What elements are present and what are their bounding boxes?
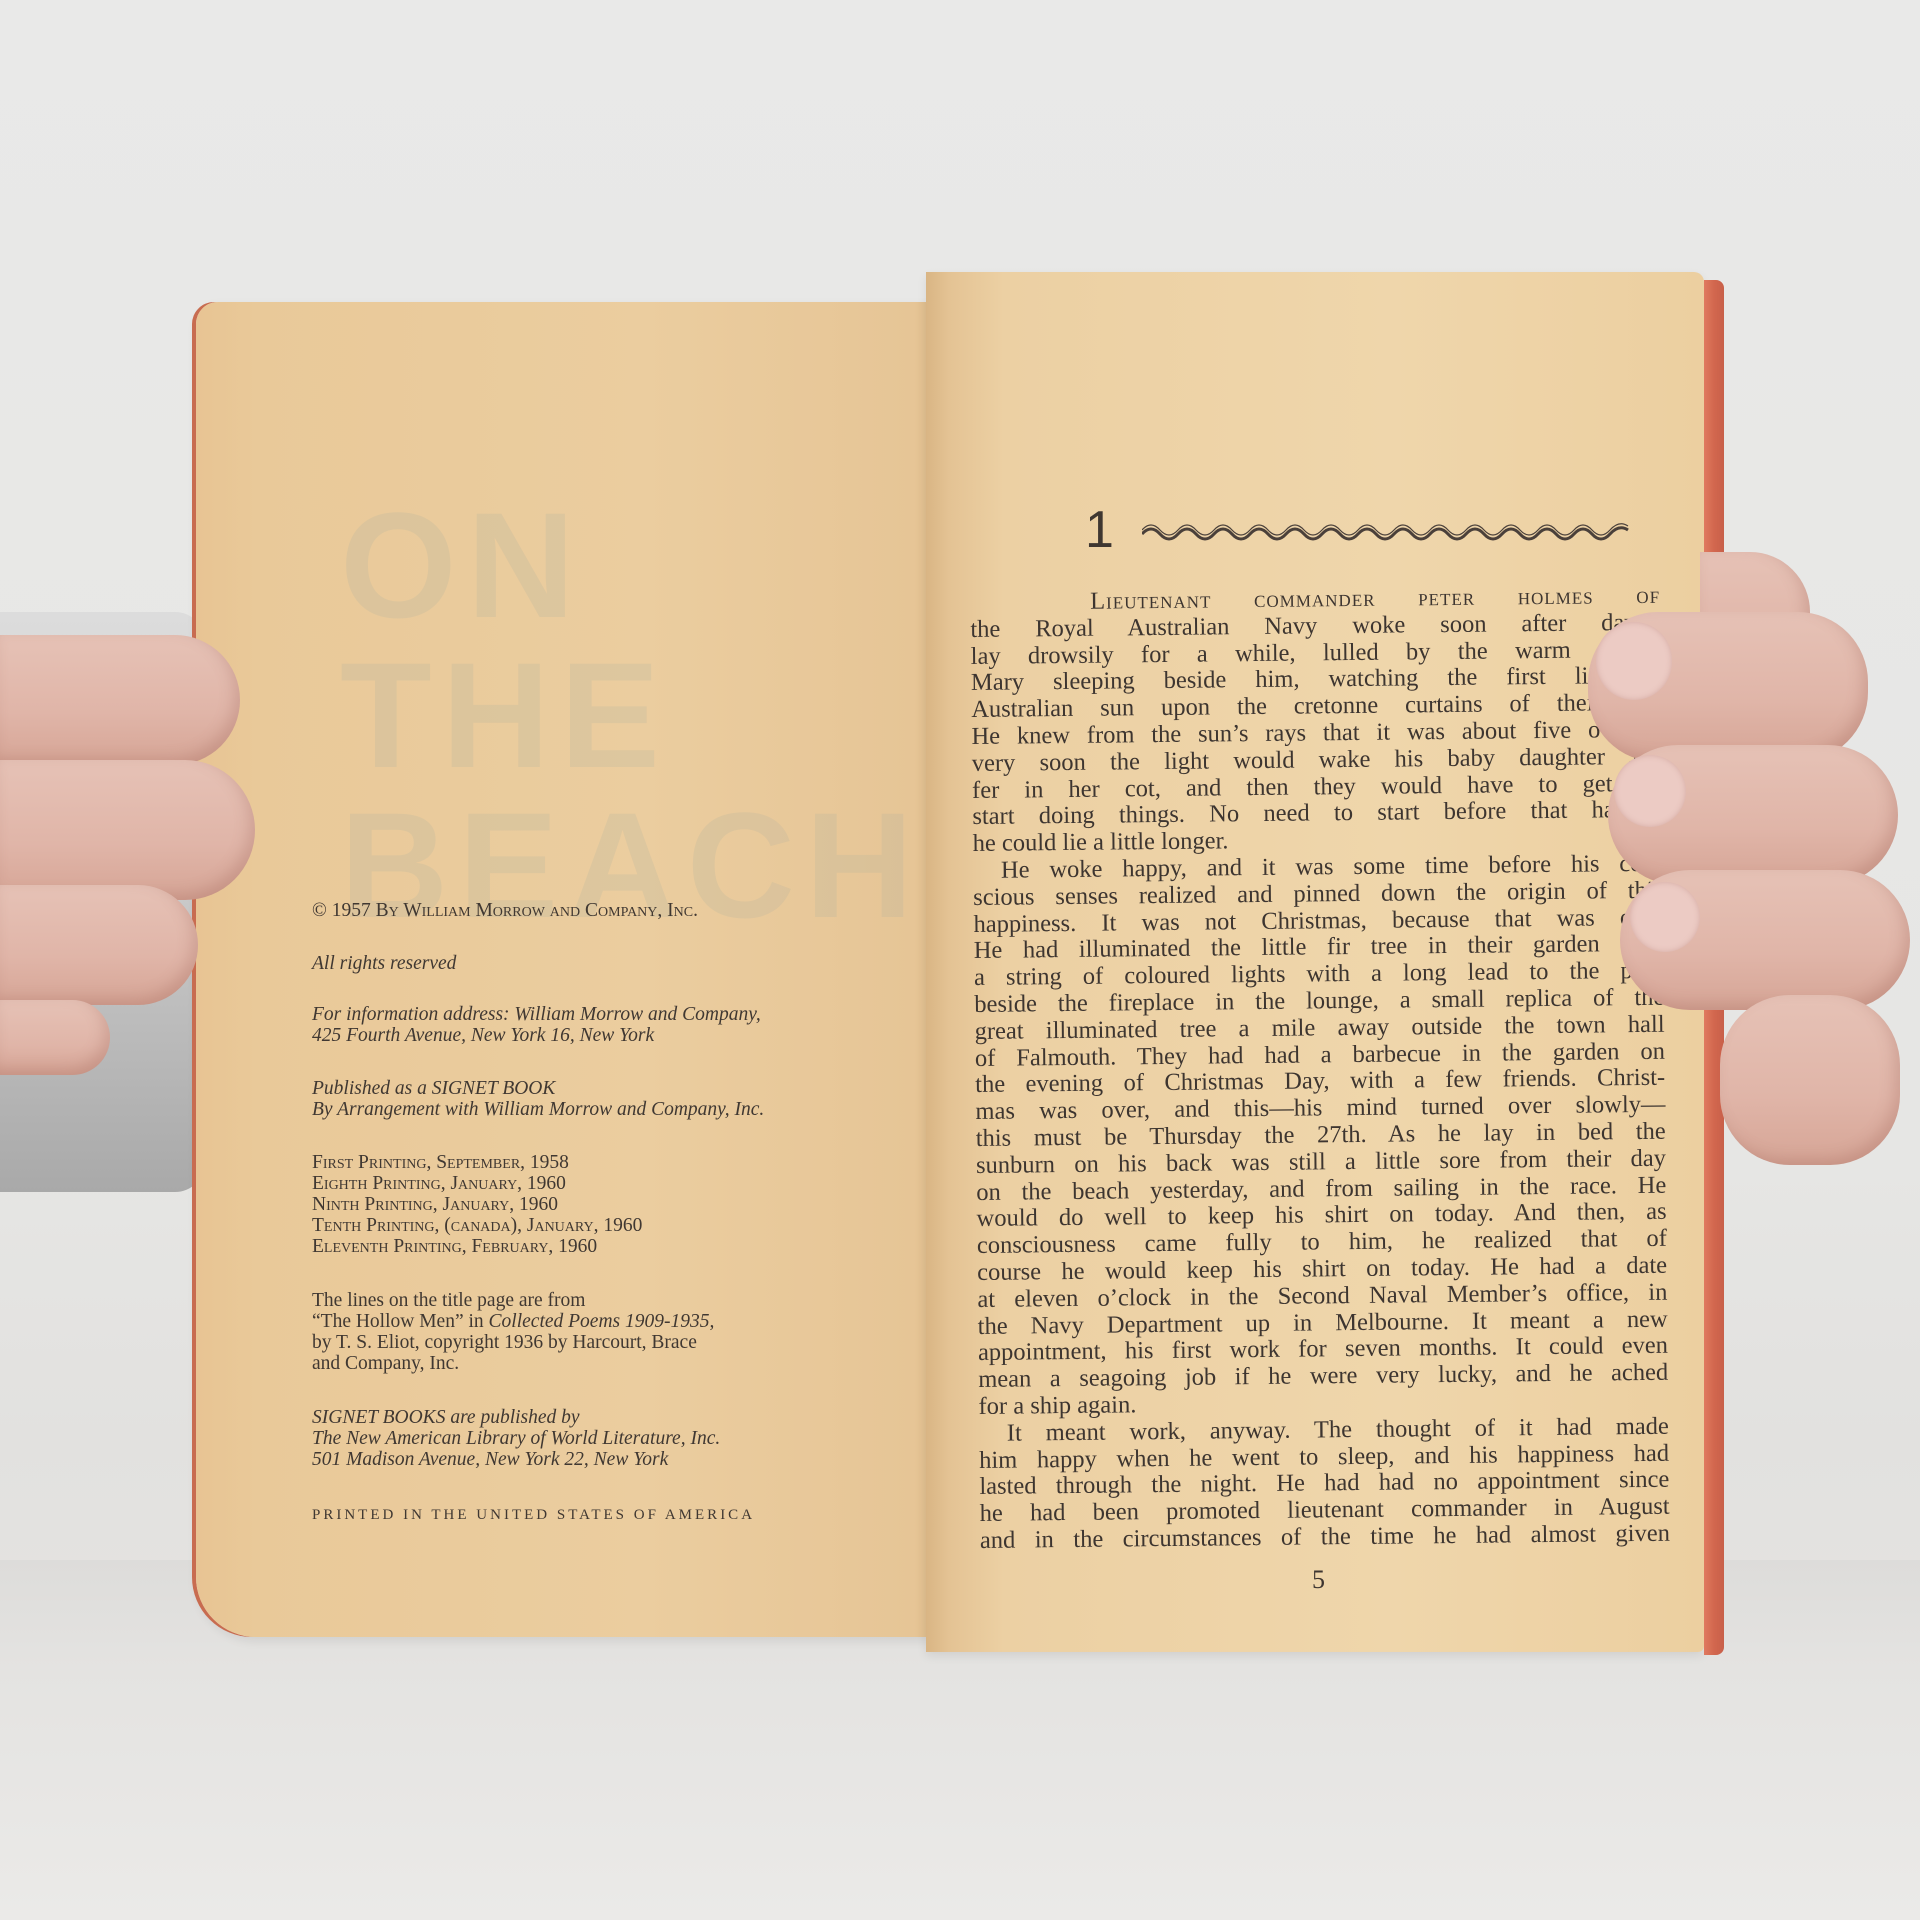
info-address-2: 425 Fourth Avenue, New York 16, New York [312,1025,654,1046]
poem-title: “The Hollow Men” in [312,1311,489,1332]
left-hand-middle-finger [0,760,255,900]
chapter-body-text: Lieutenant commander peter holmes of the… [970,583,1670,1555]
info-address-1: For information address: William Morrow … [312,1004,761,1025]
show-through-title: ON THE BEACH [340,490,820,810]
printing-11: Eleventh Printing, February, 1960 [312,1236,597,1257]
rights-line: All rights reserved [312,953,456,974]
printing-1: First Printing, September, 1958 [312,1152,569,1173]
fingernail [1630,882,1700,952]
left-hand-ring-finger [0,885,198,1005]
published-as-2: By Arrangement with William Morrow and C… [312,1099,764,1120]
left-hand-index-finger [0,635,240,765]
printing-10: Tenth Printing, (canada), January, 1960 [312,1215,642,1236]
publisher-1: SIGNET BOOKS are published by [312,1407,580,1428]
epigraph-credit-2: “The Hollow Men” in Collected Poems 1909… [312,1311,714,1332]
right-hand-finger-4 [1720,995,1900,1165]
publisher-3: 501 Madison Avenue, New York 22, New Yor… [312,1449,668,1470]
copyright-line: © 1957 By William Morrow and Company, In… [312,900,698,921]
epigraph-credit-3: by T. S. Eliot, copyright 1936 by Harcou… [312,1332,697,1353]
chapter-number: 1 [1085,500,1114,560]
page-number: 5 [1312,1565,1325,1595]
fingernail [1596,622,1672,700]
published-as-1: Published as a SIGNET BOOK [312,1078,555,1099]
printing-9: Ninth Printing, January, 1960 [312,1194,558,1215]
epigraph-credit-1: The lines on the title page are from [312,1290,585,1311]
fingernail [1614,755,1686,827]
epigraph-credit-4: and Company, Inc. [312,1353,459,1374]
left-hand-little-finger [0,1000,110,1075]
printing-8: Eighth Printing, January, 1960 [312,1173,566,1194]
publisher-2: The New American Library of World Litera… [312,1428,720,1449]
collection-title: Collected Poems 1909-1935, [489,1311,715,1332]
printed-in-line: PRINTED IN THE UNITED STATES OF AMERICA [312,1505,755,1526]
wavy-rule-ornament [1142,520,1637,544]
